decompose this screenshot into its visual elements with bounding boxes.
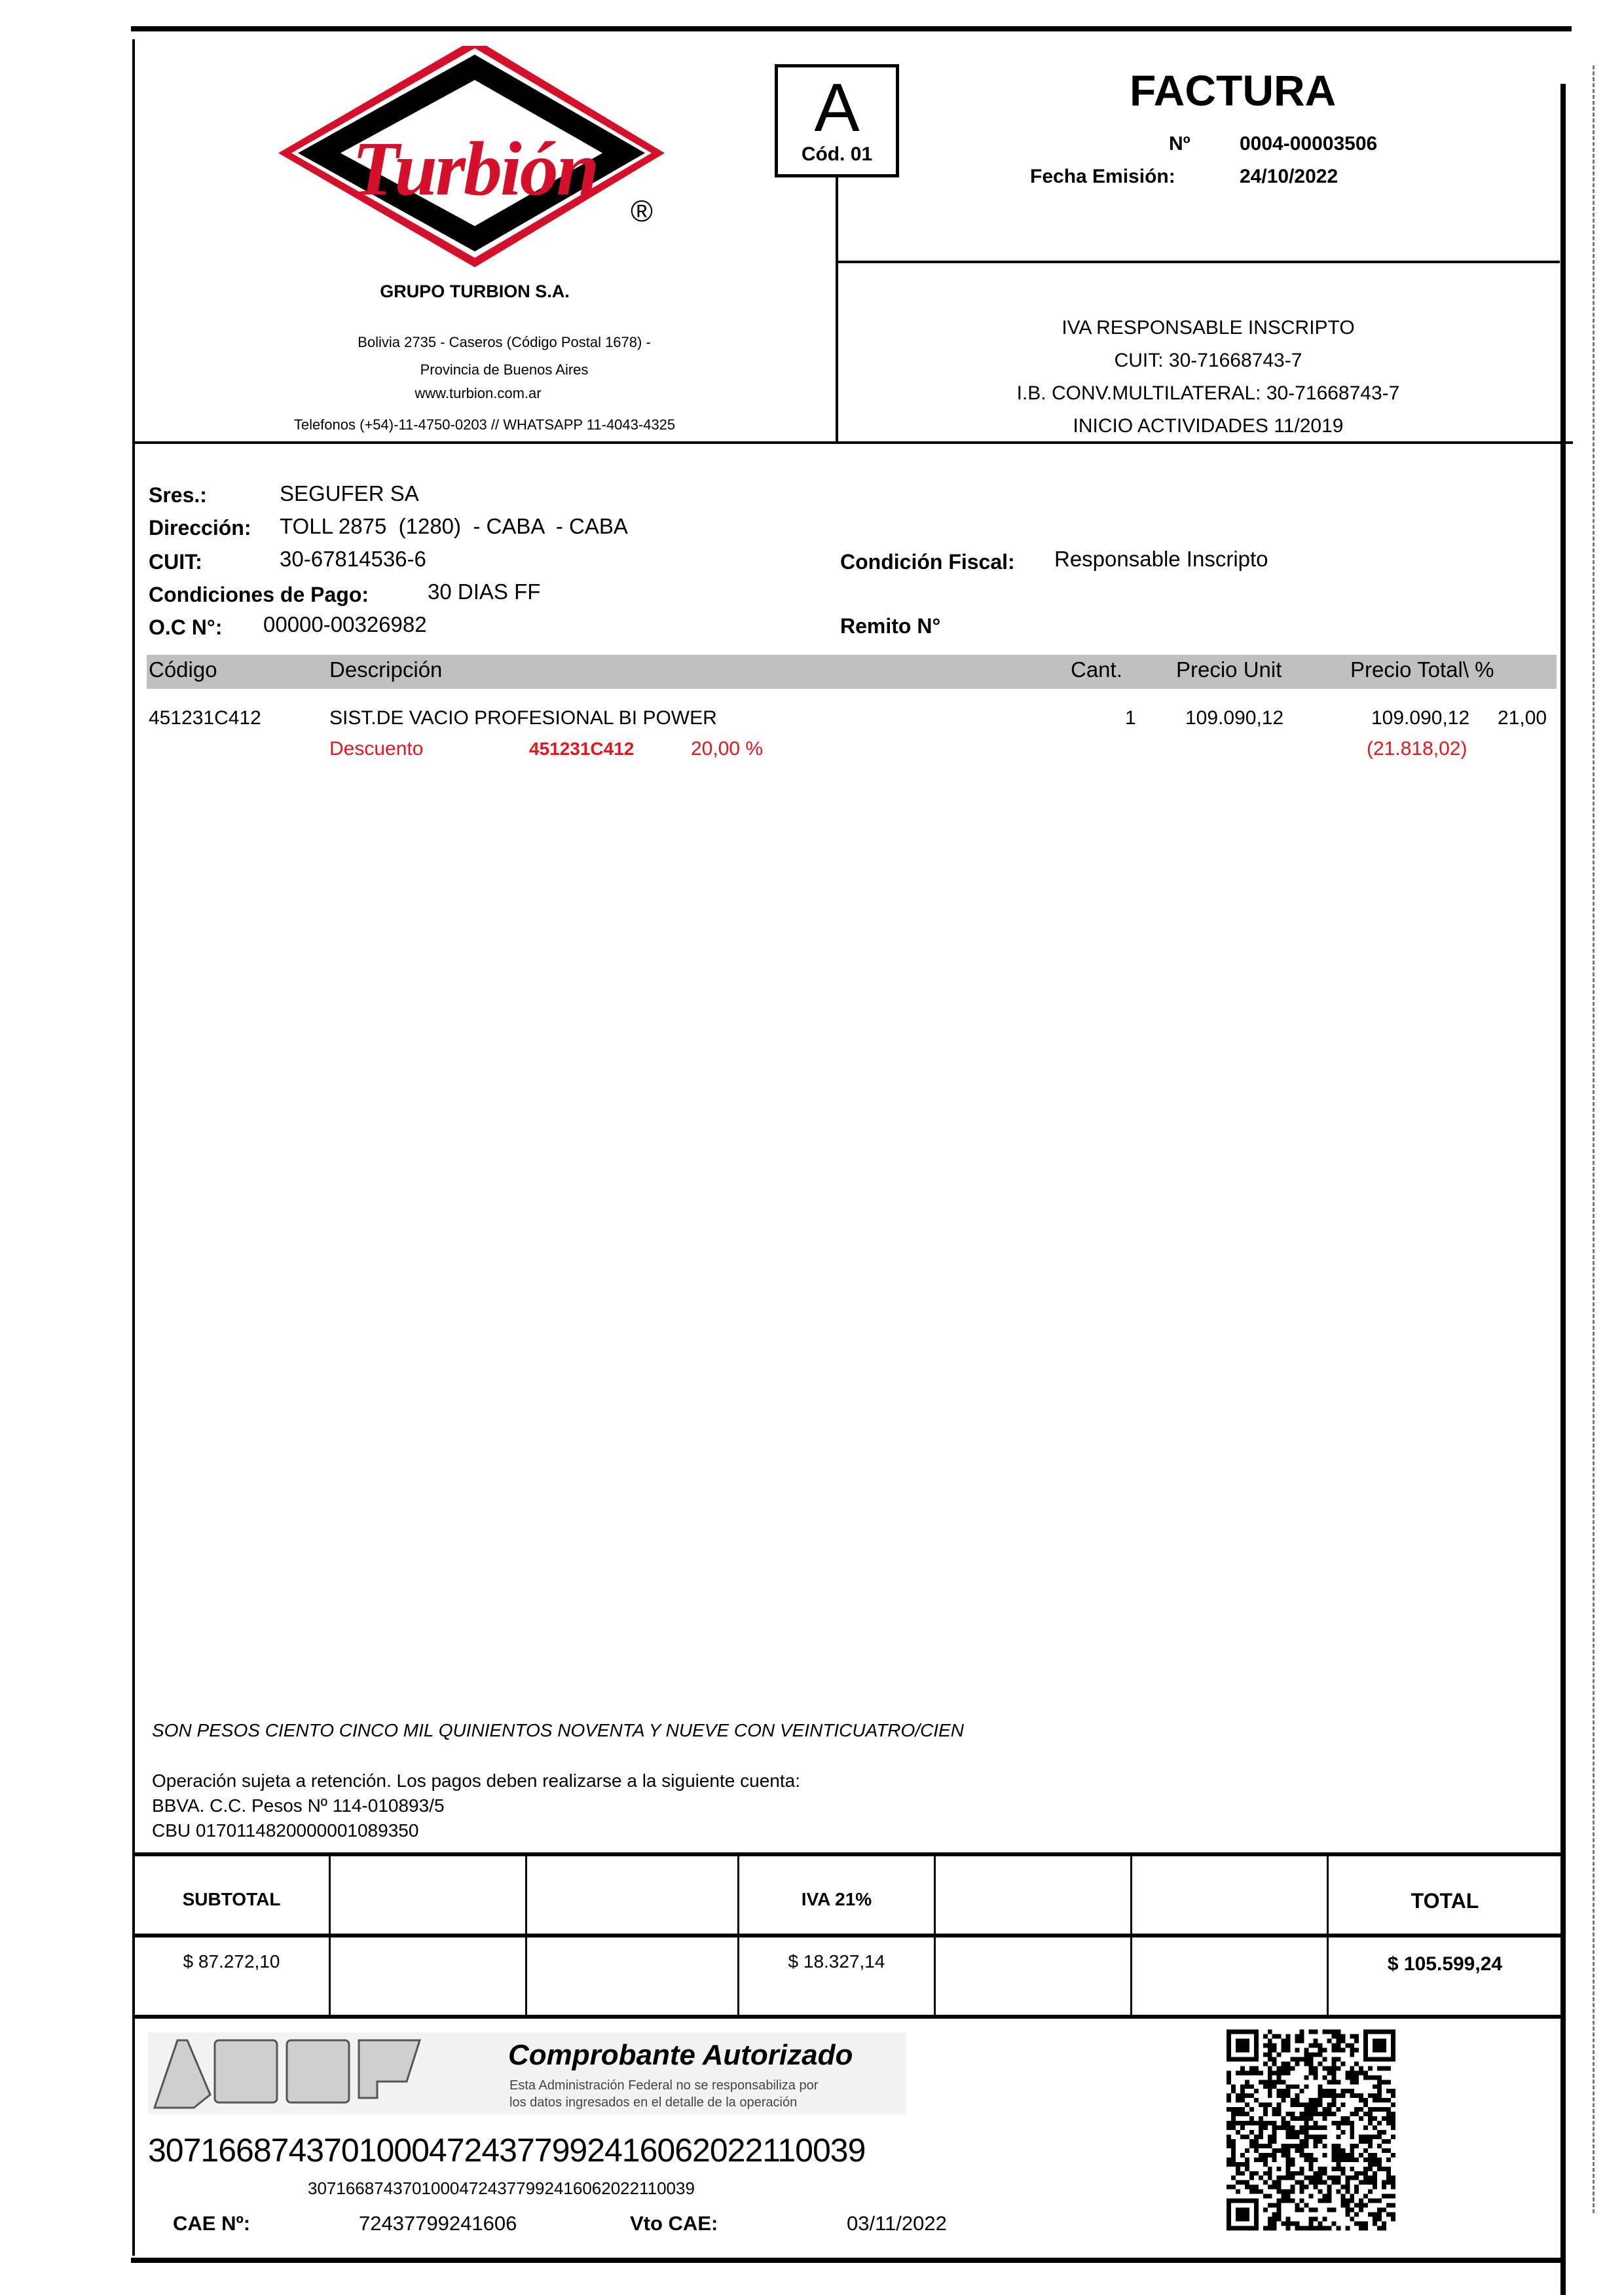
issue-date-label: Fecha Emisión: bbox=[1030, 166, 1175, 188]
vto-cae-value: 03/11/2022 bbox=[847, 2212, 947, 2235]
top-border bbox=[131, 26, 1572, 31]
afip-logo-icon bbox=[148, 2032, 489, 2114]
header-right-divider bbox=[836, 261, 1560, 263]
item-vat-pct: 21,00 bbox=[1498, 707, 1547, 729]
company-phones: Telefonos (+54)-11-4750-0203 // WHATSAPP… bbox=[262, 416, 707, 433]
col-qty: Cant. bbox=[1071, 657, 1122, 682]
vat-value: $ 18.327,14 bbox=[739, 1951, 934, 1972]
discount-pct: 20,00 % bbox=[691, 738, 763, 760]
invoice-letter: A bbox=[778, 75, 896, 141]
item-total-price: 109.090,12 bbox=[1371, 707, 1469, 729]
invoice-number: 0004-00003506 bbox=[1240, 133, 1377, 155]
discount-code: 451231C412 bbox=[529, 739, 634, 760]
issuer-ib: I.B. CONV.MULTILATERAL: 30-71668743-7 bbox=[845, 382, 1572, 405]
cae-value: 72437799241606 bbox=[359, 2212, 517, 2235]
registered-mark: ® bbox=[631, 193, 653, 229]
fiscal-condition-label: Condición Fiscal: bbox=[840, 550, 1015, 574]
totals-top-line bbox=[132, 1852, 1561, 1856]
subtotal-label: SUBTOTAL bbox=[134, 1889, 329, 1910]
item-description: SIST.DE VACIO PROFESIONAL BI POWER bbox=[329, 707, 717, 729]
item-qty: 1 bbox=[1125, 707, 1136, 729]
totals-col-divider bbox=[1327, 1854, 1329, 2017]
customer-address: TOLL 2875 (1280) - CABA - CABA bbox=[280, 514, 628, 539]
header-bottom-line bbox=[132, 441, 1573, 444]
col-code: Código bbox=[149, 657, 217, 682]
totals-mid-line bbox=[132, 1934, 1561, 1937]
barcode-number: 3071668743701000472437799241606202211003… bbox=[148, 2131, 865, 2169]
col-description: Descripción bbox=[329, 657, 442, 682]
totals-col-divider bbox=[1130, 1854, 1132, 2017]
cae-label: CAE Nº: bbox=[173, 2212, 250, 2235]
totals-col-divider bbox=[525, 1854, 527, 2017]
afip-title: Comprobante Autorizado bbox=[508, 2039, 853, 2072]
item-code: 451231C412 bbox=[149, 707, 261, 729]
customer-name: SEGUFER SA bbox=[280, 481, 419, 506]
address-label: Dirección: bbox=[149, 516, 251, 540]
cbu: CBU 0170114820000001089350 bbox=[152, 1820, 418, 1841]
fiscal-condition: Responsable Inscripto bbox=[1054, 547, 1268, 572]
issuer-cuit: CUIT: 30-71668743-7 bbox=[845, 350, 1572, 372]
payment-terms-label: Condiciones de Pago: bbox=[149, 583, 369, 607]
left-border bbox=[132, 39, 135, 2256]
totals-col-divider bbox=[934, 1854, 936, 2017]
payment-terms: 30 DIAS FF bbox=[428, 579, 540, 604]
company-address-1: Bolivia 2735 - Caseros (Código Postal 16… bbox=[282, 334, 727, 351]
perforation-line bbox=[1593, 65, 1595, 2213]
oc-number: 00000-00326982 bbox=[263, 612, 427, 637]
total-value: $ 105.599,24 bbox=[1329, 1953, 1561, 1975]
vto-cae-label: Vto CAE: bbox=[630, 2212, 718, 2235]
invoice-number-label: Nº bbox=[1169, 133, 1190, 155]
totals-col-divider bbox=[329, 1854, 331, 2017]
remito-label: Remito N° bbox=[840, 614, 940, 638]
totals-col-divider bbox=[737, 1854, 739, 2017]
afip-disclaimer-1: Esta Administración Federal no se respon… bbox=[509, 2078, 818, 2093]
bottom-border bbox=[131, 2258, 1565, 2263]
cuit-label: CUIT: bbox=[149, 550, 202, 574]
amount-in-words: SON PESOS CIENTO CINCO MIL QUINIENTOS NO… bbox=[152, 1720, 964, 1741]
barcode-number-small: 3071668743701000472437799241606202211003… bbox=[308, 2178, 695, 2199]
col-unit-price: Precio Unit bbox=[1176, 657, 1282, 682]
qr-code-icon[interactable] bbox=[1227, 2029, 1395, 2231]
company-address-2: Provincia de Buenos Aires bbox=[282, 361, 727, 378]
discount-amount: (21.818,02) bbox=[1367, 738, 1467, 760]
oc-label: O.C N°: bbox=[149, 615, 222, 640]
afip-disclaimer-2: los datos ingresados en el detalle de la… bbox=[509, 2095, 797, 2110]
afip-banner: Comprobante Autorizado Esta Administraci… bbox=[148, 2032, 906, 2114]
doc-title: FACTURA bbox=[1130, 65, 1336, 115]
col-total-price: Precio Total\ % bbox=[1350, 657, 1494, 682]
subtotal-value: $ 87.272,10 bbox=[134, 1951, 329, 1972]
invoice-type-box: A Cód. 01 bbox=[775, 64, 899, 177]
tax-status: IVA RESPONSABLE INSCRIPTO bbox=[845, 317, 1572, 339]
bank-account: BBVA. C.C. Pesos Nº 114-010893/5 bbox=[152, 1795, 445, 1816]
totals-bottom-line bbox=[132, 2015, 1561, 2019]
issue-date: 24/10/2022 bbox=[1240, 166, 1338, 188]
invoice-code: Cód. 01 bbox=[778, 143, 896, 166]
discount-label: Descuento bbox=[329, 738, 423, 760]
total-label: TOTAL bbox=[1329, 1889, 1561, 1913]
activity-start: INICIO ACTIVIDADES 11/2019 bbox=[845, 415, 1572, 437]
customer-cuit: 30-67814536-6 bbox=[280, 547, 426, 572]
payment-note: Operación sujeta a retención. Los pagos … bbox=[152, 1771, 800, 1791]
company-website: www.turbion.com.ar bbox=[255, 385, 701, 402]
item-unit-price: 109.090,12 bbox=[1185, 707, 1283, 729]
header-divider bbox=[836, 177, 838, 443]
vat-label: IVA 21% bbox=[739, 1889, 934, 1910]
company-name: GRUPO TURBION S.A. bbox=[252, 282, 697, 302]
sres-label: Sres.: bbox=[149, 483, 207, 507]
company-logo: Turbión ® bbox=[252, 46, 697, 301]
